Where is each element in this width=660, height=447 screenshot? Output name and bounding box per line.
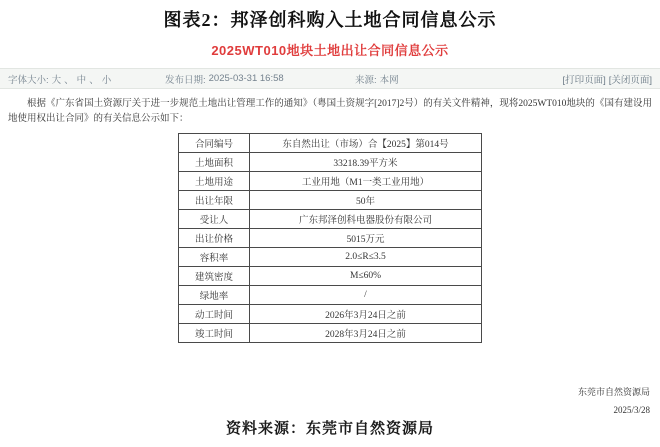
source-label: 来源: xyxy=(355,72,377,86)
row-value: 33218.39平方米 xyxy=(250,153,482,172)
table-row: 建筑密度 M≤60% xyxy=(179,267,482,286)
source-value: 本网 xyxy=(380,72,399,86)
agency-signature: 东莞市自然资源局 2025/3/28 xyxy=(578,383,650,419)
row-label: 出让年限 xyxy=(179,191,250,210)
table-row: 合同编号 东自然出让（市场）合【2025】第014号 xyxy=(179,134,482,153)
font-size-small-link[interactable]: 小 xyxy=(102,72,112,86)
row-label: 出让价格 xyxy=(179,229,250,248)
table-row: 绿地率 / xyxy=(179,286,482,305)
row-value: 50年 xyxy=(250,191,482,210)
row-value: M≤60% xyxy=(250,267,482,286)
row-value: 2028年3月24日之前 xyxy=(250,324,482,343)
row-label: 受让人 xyxy=(179,210,250,229)
print-page-button[interactable]: [打印页面] xyxy=(562,72,605,86)
row-value: 东自然出让（市场）合【2025】第014号 xyxy=(250,134,482,153)
table-row: 动工时间 2026年3月24日之前 xyxy=(179,305,482,324)
table-row: 受让人 广东邦泽创科电器股份有限公司 xyxy=(179,210,482,229)
row-label: 容积率 xyxy=(179,248,250,267)
table-row: 土地面积 33218.39平方米 xyxy=(179,153,482,172)
font-size-separator: 、 xyxy=(64,72,74,86)
font-size-control: 字体大小: 大 、 中 、 小 xyxy=(8,69,111,88)
source-group: 来源: 本网 xyxy=(355,69,399,88)
contract-info-table: 合同编号 东自然出让（市场）合【2025】第014号 土地面积 33218.39… xyxy=(178,133,482,343)
table-row: 出让年限 50年 xyxy=(179,191,482,210)
table-row: 出让价格 5015万元 xyxy=(179,229,482,248)
table-row: 竣工时间 2028年3月24日之前 xyxy=(179,324,482,343)
publish-date-value: 2025-03-31 16:58 xyxy=(209,73,284,84)
row-value: / xyxy=(250,286,482,305)
table-row: 土地用途 工业用地（M1一类工业用地） xyxy=(179,172,482,191)
row-label: 合同编号 xyxy=(179,134,250,153)
notice-paragraph: 根据《广东省国土资源厅关于进一步规范土地出让管理工作的通知》（粤国土资规字[20… xyxy=(8,97,652,127)
row-value: 2.0≤R≤3.5 xyxy=(250,248,482,267)
row-label: 土地面积 xyxy=(179,153,250,172)
row-value: 广东邦泽创科电器股份有限公司 xyxy=(250,210,482,229)
row-value: 工业用地（M1一类工业用地） xyxy=(250,172,482,191)
publish-date-group: 发布日期: 2025-03-31 16:58 xyxy=(165,69,284,88)
data-source-line: 资料来源：东莞市自然资源局 xyxy=(0,417,660,438)
font-size-label: 字体大小: xyxy=(8,72,49,86)
toolbar-buttons: [打印页面] [关闭页面] xyxy=(562,69,652,88)
agency-name: 东莞市自然资源局 xyxy=(578,383,650,401)
table-row: 容积率 2.0≤R≤3.5 xyxy=(179,248,482,267)
row-label: 动工时间 xyxy=(179,305,250,324)
row-label: 绿地率 xyxy=(179,286,250,305)
row-value: 2026年3月24日之前 xyxy=(250,305,482,324)
page-title: 图表2：邦泽创科购入土地合同信息公示 xyxy=(0,6,660,32)
row-value: 5015万元 xyxy=(250,229,482,248)
font-size-separator: 、 xyxy=(89,72,99,86)
toolbar: 字体大小: 大 、 中 、 小 发布日期: 2025-03-31 16:58 来… xyxy=(0,68,660,89)
close-page-button[interactable]: [关闭页面] xyxy=(609,72,652,86)
publish-date-label: 发布日期: xyxy=(165,72,206,86)
row-label: 竣工时间 xyxy=(179,324,250,343)
font-size-large-link[interactable]: 大 xyxy=(52,72,62,86)
font-size-medium-link[interactable]: 中 xyxy=(77,72,87,86)
page-subtitle: 2025WT010地块土地出让合同信息公示 xyxy=(0,40,660,59)
row-label: 建筑密度 xyxy=(179,267,250,286)
row-label: 土地用途 xyxy=(179,172,250,191)
